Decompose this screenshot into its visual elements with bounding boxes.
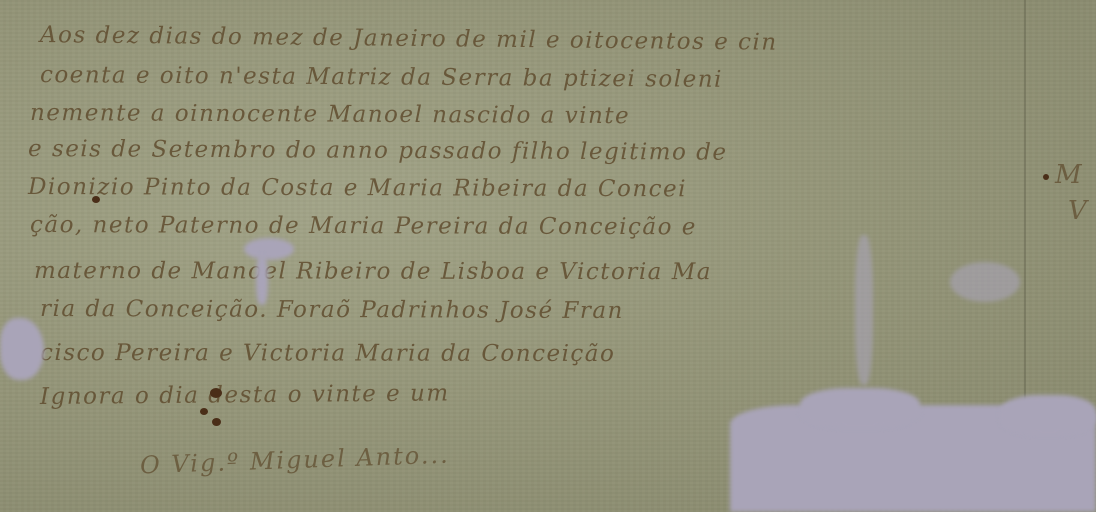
damage-small-tear-stem [256, 255, 268, 305]
margin-rule [1024, 0, 1026, 420]
text-line-1: Aos dez dias do mez de Janeiro de mil e … [40, 22, 778, 56]
document-page: Aos dez dias do mez de Janeiro de mil e … [0, 0, 1096, 512]
ink-blot [1043, 174, 1049, 180]
text-line-10: Ignora o dia desta o vinte e um [40, 380, 450, 410]
damage-left-edge [0, 318, 44, 380]
damage-small-tear [244, 238, 294, 260]
text-line-2: coenta e oito n'esta Matriz da Serra ba … [40, 62, 723, 93]
damage-bottom-right-upper [800, 388, 920, 428]
text-line-8: ria da Conceição. Foraõ Padrinhos José F… [40, 296, 624, 324]
text-line-6: ção, neto Paterno de Maria Pereira da Co… [30, 212, 697, 240]
damage-bottom-corner [1000, 395, 1096, 435]
ink-blot [92, 196, 100, 203]
margin-note-1: M [1055, 160, 1082, 190]
damage-patch-right [950, 262, 1020, 302]
text-line-9: cisco Pereira e Victoria Maria da Concei… [40, 340, 615, 367]
margin-note-2: V [1068, 196, 1087, 226]
ink-blot [212, 418, 221, 426]
ink-blot [200, 408, 208, 415]
damage-crack-right [855, 235, 873, 385]
text-line-4: e seis de Setembro do anno passado filho… [28, 136, 728, 166]
text-line-5: Dionizio Pinto da Costa e Maria Ribeira … [28, 174, 687, 202]
text-line-3: nemente a oinnocente Manoel nascido a vi… [30, 100, 630, 129]
ink-blot [210, 388, 222, 398]
priest-signature: O Vig.º Miguel Anto... [140, 441, 451, 480]
text-line-7: materno de Manoel Ribeiro de Lisboa e Vi… [34, 258, 712, 285]
